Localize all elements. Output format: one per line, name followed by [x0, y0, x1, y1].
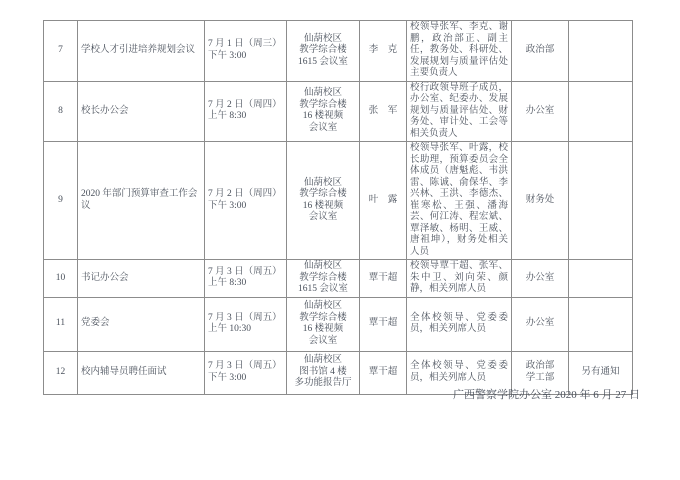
- cell-remarks: [569, 142, 633, 260]
- cell-row-number: 8: [44, 81, 78, 142]
- cell-department: 财务处: [512, 142, 569, 260]
- cell-department: 办公室: [512, 297, 569, 351]
- document-footer: 广西警察学院办公室 2020 年 6 月 27 日: [453, 388, 640, 402]
- cell-participants: 校行政领导班子成员，办公室、纪委办、发展规划与质量评估处、财务处、审计处、工会等…: [407, 81, 512, 142]
- cell-host: 叶 露: [360, 142, 407, 260]
- cell-remarks: [569, 297, 633, 351]
- meeting-schedule-table: 7 学校人才引进培养规划会议 7 月 1 日（周三） 下午 3:00 仙葫校区 …: [43, 20, 633, 395]
- cell-meeting-name: 校长办公会: [78, 81, 205, 142]
- cell-remarks: [569, 260, 633, 298]
- cell-host: 李 克: [360, 21, 407, 82]
- table-row: 8 校长办公会 7 月 2 日（周四） 上午 8:30 仙葫校区 教学综合楼 1…: [44, 81, 633, 142]
- cell-participants: 校领导张军、李克、谢鹏，政治部正、副主任，教务处、科研处、发展规划与质量评估处主…: [407, 21, 512, 82]
- cell-location: 仙葫校区 图书馆 4 楼 多功能报告厅: [287, 351, 360, 394]
- cell-row-number: 12: [44, 351, 78, 394]
- cell-meeting-name: 党委会: [78, 297, 205, 351]
- cell-row-number: 9: [44, 142, 78, 260]
- cell-participants: 全体校领导、党委委员，相关列席人员: [407, 297, 512, 351]
- table-row: 7 学校人才引进培养规划会议 7 月 1 日（周三） 下午 3:00 仙葫校区 …: [44, 21, 633, 82]
- cell-department: 政治部: [512, 21, 569, 82]
- cell-department: 办公室: [512, 81, 569, 142]
- cell-department: 办公室: [512, 260, 569, 298]
- cell-host: 覃干超: [360, 260, 407, 298]
- cell-meeting-name: 书记办公会: [78, 260, 205, 298]
- cell-location: 仙葫校区 教学综合楼 1615 会议室: [287, 260, 360, 298]
- cell-remarks: [569, 81, 633, 142]
- document-page: 7 学校人才引进培养规划会议 7 月 1 日（周三） 下午 3:00 仙葫校区 …: [0, 0, 680, 480]
- table-row: 9 2020 年部门预算审查工作会议 7 月 2 日（周四） 下午 3:00 仙…: [44, 142, 633, 260]
- cell-meeting-name: 2020 年部门预算审查工作会议: [78, 142, 205, 260]
- cell-time: 7 月 2 日（周四） 上午 8:30: [205, 81, 287, 142]
- cell-row-number: 10: [44, 260, 78, 298]
- cell-participants: 校领导张军、叶露，校长助理，预算委员会全体成员（唐魁彪、韦洪雷、陈诚、俞保华、李…: [407, 142, 512, 260]
- cell-host: 覃干超: [360, 297, 407, 351]
- cell-time: 7 月 1 日（周三） 下午 3:00: [205, 21, 287, 82]
- cell-location: 仙葫校区 教学综合楼 1615 会议室: [287, 21, 360, 82]
- cell-row-number: 11: [44, 297, 78, 351]
- table-row: 11 党委会 7 月 3 日（周五） 上午 10:30 仙葫校区 教学综合楼 1…: [44, 297, 633, 351]
- cell-host: 覃干超: [360, 351, 407, 394]
- cell-host: 张 军: [360, 81, 407, 142]
- cell-participants: 校领导覃干超、张军、朱中卫、刘向荣、颜静，相关列席人员: [407, 260, 512, 298]
- cell-time: 7 月 3 日（周五） 上午 10:30: [205, 297, 287, 351]
- cell-time: 7 月 3 日（周五） 下午 3:00: [205, 351, 287, 394]
- cell-location: 仙葫校区 教学综合楼 16 楼视频 会议室: [287, 81, 360, 142]
- cell-meeting-name: 校内辅导员聘任面试: [78, 351, 205, 394]
- cell-row-number: 7: [44, 21, 78, 82]
- cell-meeting-name: 学校人才引进培养规划会议: [78, 21, 205, 82]
- cell-location: 仙葫校区 教学综合楼 16 楼视频 会议室: [287, 142, 360, 260]
- cell-location: 仙葫校区 教学综合楼 16 楼视频 会议室: [287, 297, 360, 351]
- cell-time: 7 月 3 日（周五） 上午 8:30: [205, 260, 287, 298]
- table-row: 10 书记办公会 7 月 3 日（周五） 上午 8:30 仙葫校区 教学综合楼 …: [44, 260, 633, 298]
- cell-time: 7 月 2 日（周四） 下午 3:00: [205, 142, 287, 260]
- cell-remarks: [569, 21, 633, 82]
